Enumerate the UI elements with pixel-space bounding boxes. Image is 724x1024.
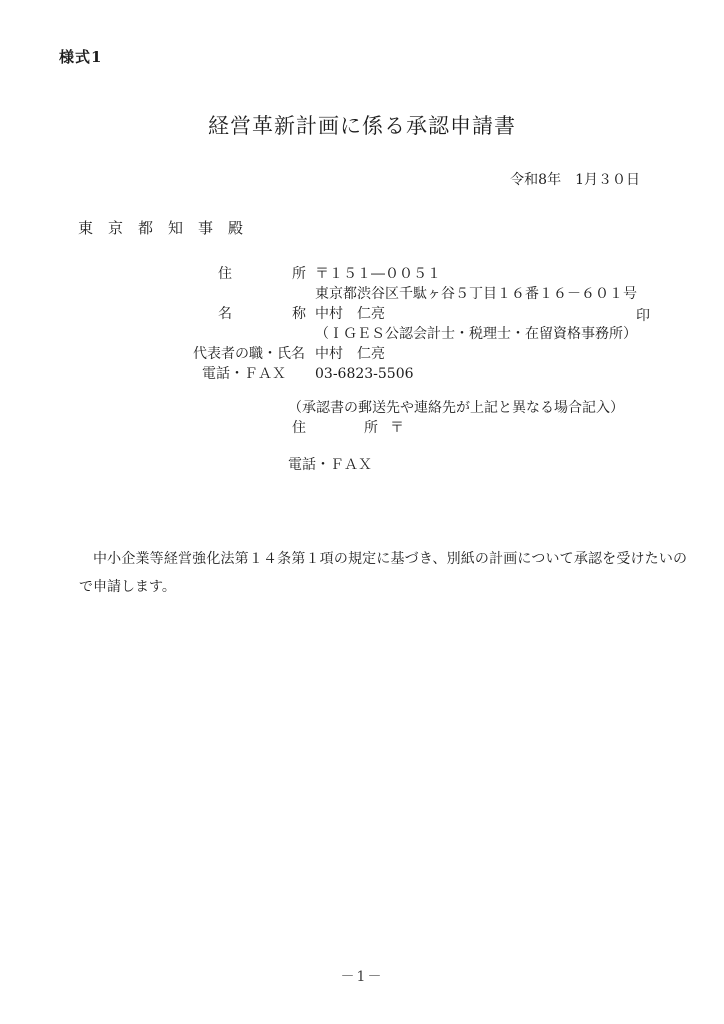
applicant-address-row: 住 所 〒１５１―００５１	[193, 264, 637, 284]
phone-label-cell: 電話・ＦＡＸ	[193, 364, 315, 384]
address-label-justified: 住 所	[218, 264, 306, 284]
alternate-postal-mark: 〒	[390, 418, 404, 438]
address-label: 住 所	[193, 264, 315, 284]
applicant-office-row: （ＩＧＥＳ公認会計士・税理士・在留資格事務所）	[193, 324, 637, 344]
applicant-block: 住 所 〒１５１―００５１ 東京都渋谷区千駄ヶ谷５丁目１６番１６－６０１号 名 …	[193, 264, 637, 384]
alternate-contact-blank-line	[288, 438, 624, 455]
applicant-street-address: 東京都渋谷区千駄ヶ谷５丁目１６番１６－６０１号	[315, 284, 637, 304]
addressee-line: 東 京 都 知 事 殿	[78, 217, 243, 238]
name-label: 名 称	[193, 304, 315, 324]
alternate-contact-heading: （承認書の郵送先や連絡先が上記と異なる場合記入）	[288, 398, 624, 418]
representative-row: 代表者の職・氏名 中村 仁亮	[193, 344, 637, 364]
applicant-name: 中村 仁亮	[315, 304, 385, 324]
phone-fax-label: 電話・ＦＡＸ	[202, 364, 286, 384]
applicant-name-row: 名 称 中村 仁亮	[193, 304, 637, 324]
address-label-end: 所	[292, 264, 306, 284]
alternate-address-label-start: 住	[292, 418, 306, 438]
document-date: 令和8年 1月３０日	[510, 169, 640, 189]
page-number: －1－	[0, 966, 724, 986]
application-statement: 中小企業等経営強化法第１４条第１項の規定に基づき、別紙の計画について承認を受けた…	[79, 545, 687, 601]
phone-fax-value: 03-6823-5506	[315, 364, 414, 384]
alternate-address-label: 住 所	[292, 418, 378, 438]
applicant-office-note: （ＩＧＥＳ公認会計士・税理士・在留資格事務所）	[315, 324, 637, 344]
address-label-start: 住	[218, 264, 232, 284]
alternate-phone-fax-label: 電話・ＦＡＸ	[288, 455, 372, 475]
name-label-end: 称	[292, 304, 306, 324]
alternate-address-label-end: 所	[364, 418, 378, 438]
applicant-street-row: 東京都渋谷区千駄ヶ谷５丁目１６番１６－６０１号	[193, 284, 637, 304]
alternate-address-row: 住 所 〒	[288, 418, 624, 438]
document-page: 様式1 経営革新計画に係る承認申請書 令和8年 1月３０日 東 京 都 知 事 …	[0, 0, 724, 1024]
applicant-postal-code: 〒１５１―００５１	[315, 264, 441, 284]
representative-label: 代表者の職・氏名	[193, 344, 315, 364]
alternate-phone-row: 電話・ＦＡＸ	[288, 455, 624, 475]
document-title: 経営革新計画に係る承認申請書	[0, 110, 724, 140]
seal-mark: 印	[636, 305, 650, 325]
representative-name: 中村 仁亮	[315, 344, 385, 364]
name-label-justified: 名 称	[218, 304, 306, 324]
name-label-start: 名	[218, 304, 232, 324]
alternate-contact-block: （承認書の郵送先や連絡先が上記と異なる場合記入） 住 所 〒 電話・ＦＡＸ	[288, 398, 624, 475]
applicant-phone-row: 電話・ＦＡＸ 03-6823-5506	[193, 364, 637, 384]
form-number-label: 様式1	[59, 46, 102, 67]
alternate-contact-heading-text: （承認書の郵送先や連絡先が上記と異なる場合記入）	[288, 398, 624, 418]
